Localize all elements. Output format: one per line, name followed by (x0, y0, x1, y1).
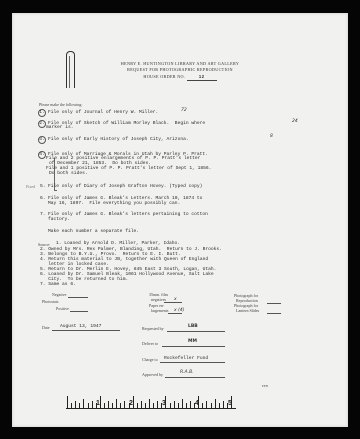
order-number: HOUSE ORDER NO. 12 (12, 74, 348, 81)
paper-value: x (4) (174, 308, 184, 313)
source-line: 1. Loaned by Arnold D. Miller, Parker, I… (56, 241, 180, 246)
ruler-tick (104, 403, 105, 408)
ruler-tick (145, 403, 146, 408)
charge-label: Charge to (142, 357, 158, 362)
positive-field (70, 311, 88, 312)
deliver-label: Deliver to (142, 341, 158, 346)
paper-field (168, 313, 182, 314)
ruler-label: 1 (96, 400, 100, 407)
list-item: 1.File only of Journal of Henry W. Mille… (38, 109, 158, 117)
handwritten-note: 24 (292, 119, 298, 124)
ruler-tick (71, 403, 72, 408)
item-number: 6. (40, 196, 48, 201)
item-text: File only of Early History of Joseph Cit… (48, 137, 189, 142)
item-number: 7. (40, 212, 48, 217)
document-page: HENRY E. HUNTINGTON LIBRARY AND ART GALL… (12, 13, 348, 427)
ruler-label: 3 (162, 400, 166, 407)
requested-value: LBB (188, 324, 198, 329)
deliver-field (162, 346, 225, 347)
requested-label: Requested by (142, 326, 164, 331)
photostats-label: Photostats (42, 299, 58, 304)
ruler-tick (137, 403, 138, 408)
ruler-tick (178, 403, 179, 408)
item-text-cont: factory. (48, 217, 70, 222)
photo-slides-sub: Lantern Slides (236, 308, 259, 313)
ruler-tick (223, 401, 224, 408)
photo-slides-field (267, 313, 281, 314)
list-item: 3.File only of Early History of Joseph C… (38, 136, 189, 144)
requested-field (167, 331, 225, 332)
negative-field (68, 297, 88, 298)
item-text-cont: Do both sides. (49, 171, 88, 176)
approved-field (165, 377, 225, 378)
approved-signature: R.A.B. (180, 370, 194, 375)
ruler-tick (108, 401, 109, 408)
item-text: File only of Journal of Henry W. Miller. (48, 110, 158, 115)
ruler-tick (215, 399, 216, 408)
ruler-tick (206, 401, 207, 408)
form-title: REQUEST FOR PHOTOGRAPHIC REPRODUCTION (12, 67, 348, 72)
item-number: 2. (38, 120, 46, 128)
ruler-tick (92, 401, 93, 408)
separate-file-note: Make each number a separate file. (48, 229, 139, 234)
item-number: 5. (40, 184, 48, 189)
ruler-label: 5 (228, 400, 232, 407)
item-text-cont: May 16, 1897. File everything you possib… (48, 201, 180, 206)
institution-name: HENRY E. HUNTINGTON LIBRARY AND ART GALL… (12, 61, 348, 66)
ruler-tick (141, 401, 142, 408)
ruler-tick (157, 401, 158, 408)
approved-label: Approved by (142, 372, 163, 377)
date-label: Date (42, 325, 50, 330)
handwritten-note: 72 (181, 108, 187, 113)
ruler-tick (202, 403, 203, 408)
deliver-value: MM (188, 339, 197, 344)
item-number: 3. (38, 136, 46, 144)
ruler-tick (116, 399, 117, 408)
date-value: August 13, 1947 (60, 324, 101, 329)
intro-text: Please make the following: (39, 102, 82, 107)
photo-repro-field (267, 303, 281, 304)
ruler-label: 4 (195, 400, 199, 407)
handwritten-note: 8 (270, 134, 273, 139)
date-field (52, 330, 120, 331)
scale-ruler: 1 2 3 4 5 (66, 395, 236, 409)
ruler-tick (182, 399, 183, 408)
positive-label: Positive (56, 306, 69, 311)
ruler-tick (75, 401, 76, 408)
item-text: File only of Diary of Joseph Grafton Hov… (48, 184, 202, 189)
paper-sub-label: largements (151, 308, 168, 313)
corner-mark: EEH (262, 384, 268, 389)
ruler-label: 2 (129, 400, 133, 407)
film-value: x (174, 297, 177, 302)
ruler-tick (83, 399, 84, 408)
ruler-tick (79, 403, 80, 408)
list-item: 5.File only of Diary of Joseph Grafton H… (40, 184, 202, 189)
ruler-tick (170, 403, 171, 408)
source-line: 7. Same as 6. (40, 282, 76, 287)
film-field (164, 302, 182, 303)
ruler-tick (67, 396, 68, 408)
ruler-tick (190, 401, 191, 408)
margin-note: Fixed (26, 184, 35, 189)
item-text-cont: marker is. (46, 125, 74, 130)
item-number: 4. (38, 151, 46, 159)
ruler-tick (153, 403, 154, 408)
ruler-tick (211, 403, 212, 408)
ruler-tick (88, 403, 89, 408)
order-value: 12 (187, 76, 217, 81)
ruler-tick (174, 401, 175, 408)
ruler-tick (120, 403, 121, 408)
ruler-tick (124, 401, 125, 408)
item-number: 1. (38, 109, 46, 117)
ruler-tick (149, 399, 150, 408)
order-label: HOUSE ORDER NO. (143, 74, 185, 79)
charge-field (160, 362, 225, 363)
margin-bracket-foot (54, 190, 57, 191)
ruler-tick (112, 403, 113, 408)
charge-value: Rockefeller Fund (164, 356, 208, 361)
item-text: File only of James G. Bleak's letters pe… (48, 212, 208, 217)
negative-label: Negative (52, 292, 66, 297)
ruler-tick (186, 403, 187, 408)
ruler-tick (219, 403, 220, 408)
